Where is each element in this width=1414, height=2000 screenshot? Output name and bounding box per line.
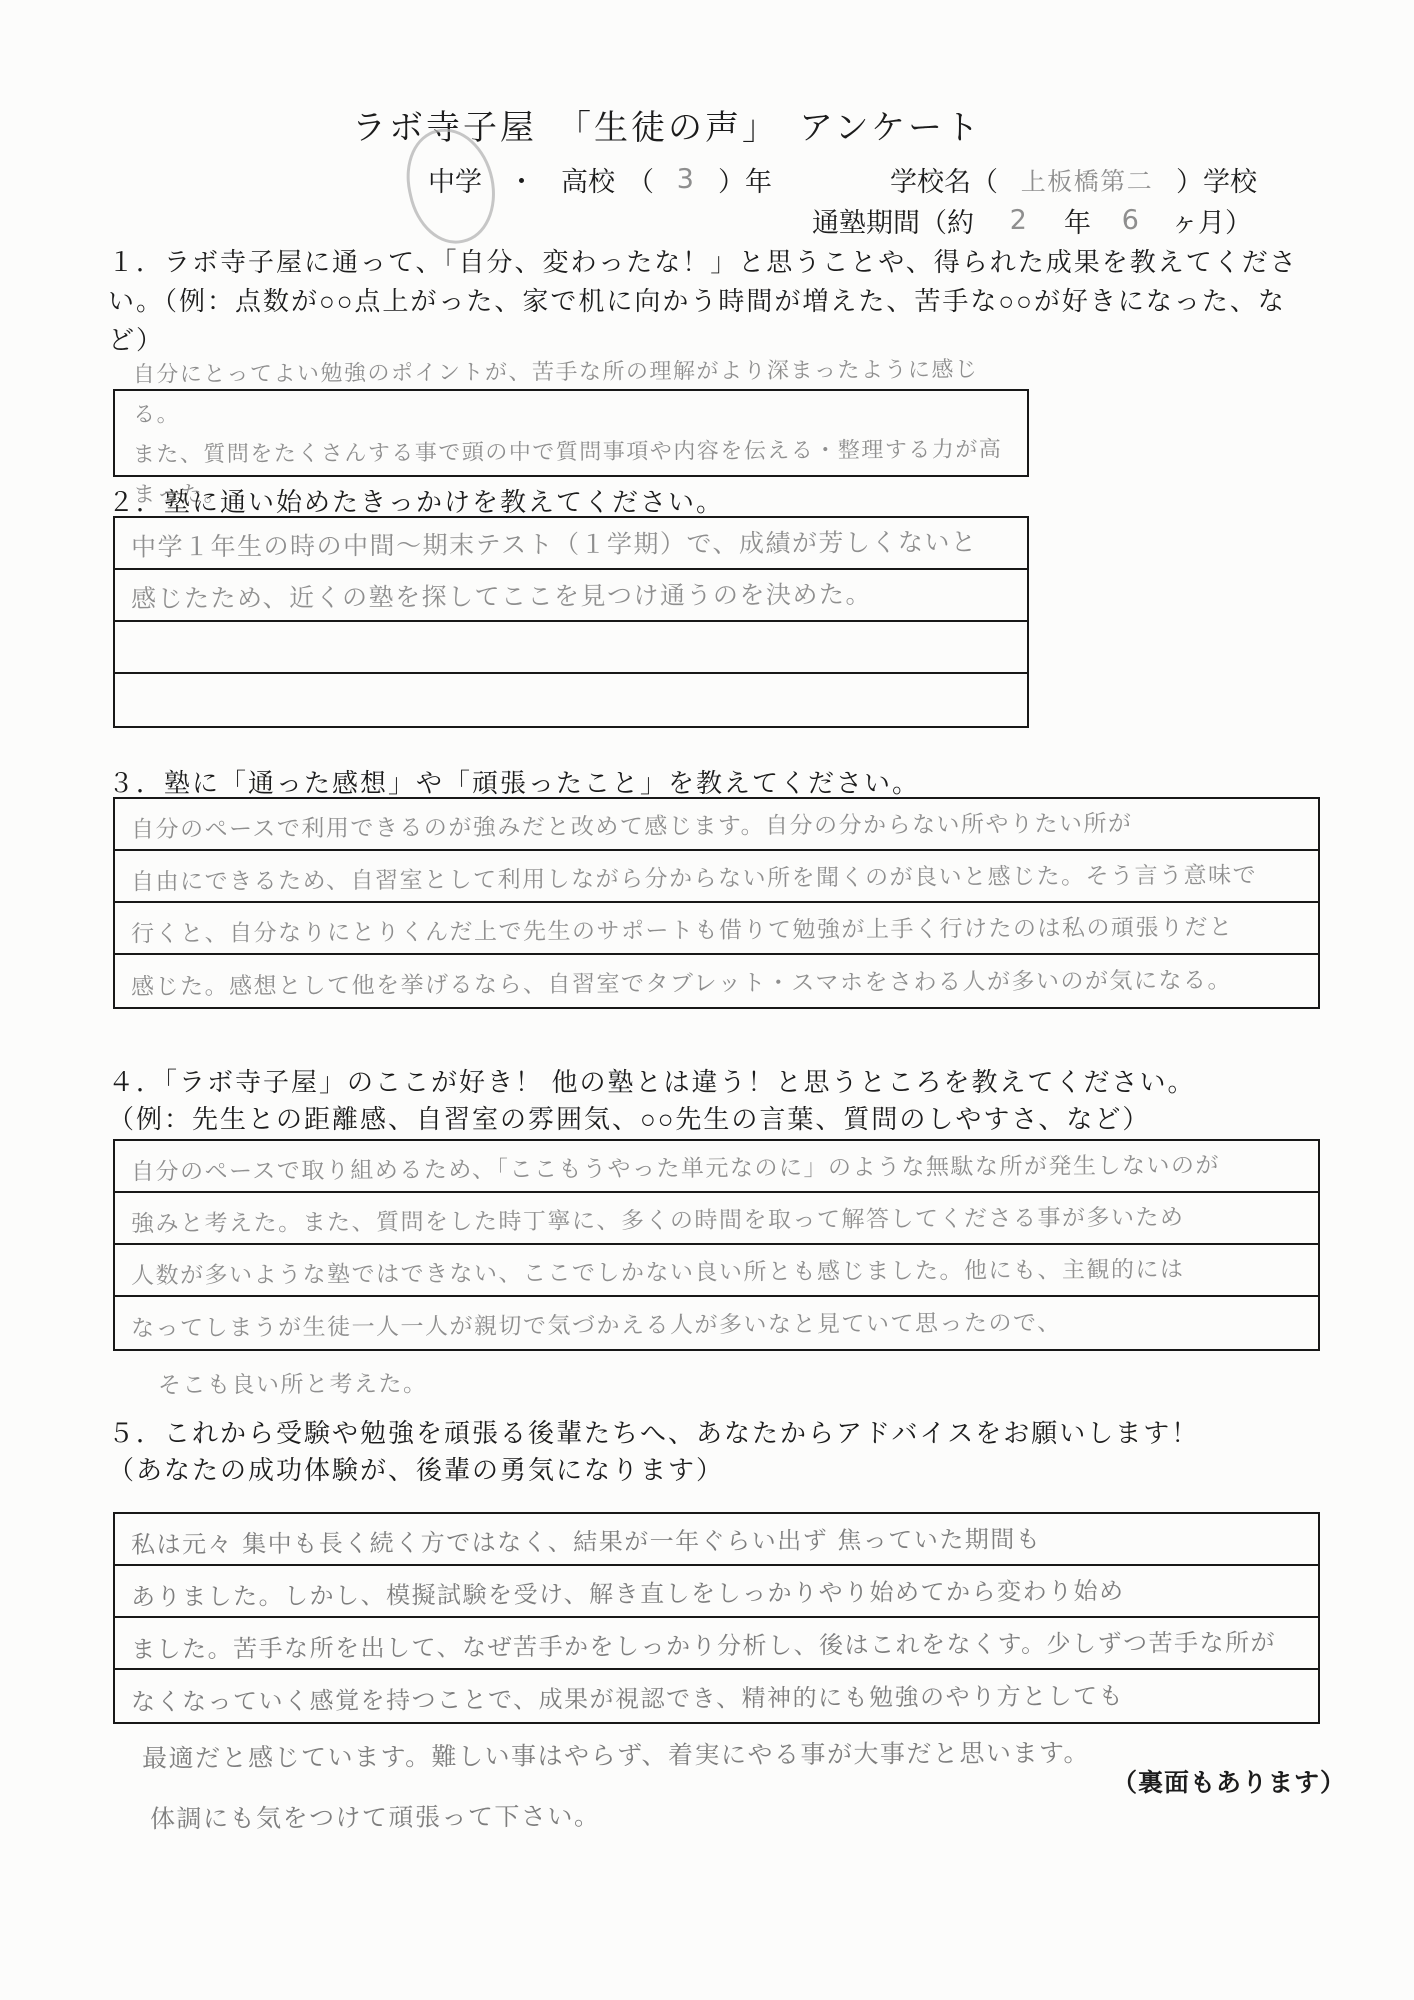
school-name-label: 学校名（ xyxy=(890,160,998,199)
answer-row: 自分のペースで利用できるのが強みだと改めて感じます。自分の分からない所やりたい所… xyxy=(131,804,1133,843)
question-text-line: １．ラボ寺子屋に通って、「自分、変わったな！」と思うことや、得られた成果を教えて… xyxy=(108,243,1333,282)
answer-row: なくなっていく感覚を持つことで、成果が視認でき、精神的にも勉強のやり方としても xyxy=(131,1675,1124,1716)
grade-school-line: 中学 ・ 高校 （ 3 ）年 学校名（ 上板橋第二 ）学校 xyxy=(428,160,1257,199)
period-years-value-handwritten: 2 xyxy=(974,205,1064,237)
answer-row: 強みと考えた。また、質問をした時丁寧に、多くの時間を取って解答してくださる事が多… xyxy=(131,1198,1185,1237)
question-5: ５．これから受験や勉強を頑張る後輩たちへ、あなたからアドバイスをお願いします！ … xyxy=(108,1415,1199,1489)
answer-line: 自分にとってよい勉強のポイントが、苦手な所の理解がより深まったように感じる。 xyxy=(133,350,1009,435)
answer-row: 私は元々 集中も長く続く方ではなく、結果が一年ぐらい出ず 焦っていた期間も xyxy=(131,1519,1041,1560)
page-title: ラボ寺子屋 「生徒の声」 アンケート xyxy=(352,100,982,149)
survey-page: ラボ寺子屋 「生徒の声」 アンケート 中学 ・ 高校 （ 3 ）年 学校名（ 上… xyxy=(0,0,1414,2000)
answer-row: ました。苦手な所を出して、なぜ苦手かをしっかり分析し、後はこれをなくす。少しずつ… xyxy=(131,1622,1276,1664)
answer-row: 中学１年生の時の中間〜期末テスト（１学期）で、成績が芳しくないと xyxy=(131,522,978,563)
answer-row: 自分のペースで取り組めるため、「ここもうやった単元なのに」のような無駄な所が発生… xyxy=(131,1146,1220,1186)
grade-close-paren: ）年 xyxy=(718,160,772,199)
middle-school-label: 中学 xyxy=(428,160,482,199)
question-text-line: ４．「ラボ寺子屋」のここが好き！ 他の塾とは違う！と思うところを教えてください。 xyxy=(108,1064,1196,1101)
period-months-unit: ヶ月） xyxy=(1171,201,1252,240)
school-name-value-handwritten: 上板橋第二 xyxy=(998,161,1176,198)
attendance-period-line: 通塾期間（約 2 年 6 ヶ月） xyxy=(812,201,1252,240)
answer-overflow-line: 最適だと感じています。難しい事はやらず、着実にやる事が大事だと思います。 xyxy=(142,1733,1090,1775)
high-school-label: 高校 xyxy=(561,160,615,199)
question-text-line: ５．これから受験や勉強を頑張る後輩たちへ、あなたからアドバイスをお願いします！ xyxy=(108,1415,1199,1452)
answer-row: 感じたため、近くの塾を探してここを見つけ通うのを決めた。 xyxy=(131,575,872,616)
question-text-line: （例：先生との距離感、自習室の雰囲気、○○先生の言葉、質問のしやすさ、など） xyxy=(108,1101,1196,1138)
answer-row: ありました。しかし、模擬試験を受け、解き直しをしっかりやり始めてから変わり始め xyxy=(131,1570,1125,1611)
answer-row: 感じた。感想として他を挙げるなら、自習室でタブレット・スマホをさわる人が多いのが… xyxy=(131,961,1232,1001)
answer-box-1: 自分にとってよい勉強のポイントが、苦手な所の理解がより深まったように感じる。 ま… xyxy=(113,389,1029,477)
answer-box-3: 自分のペースで利用できるのが強みだと改めて感じます。自分の分からない所やりたい所… xyxy=(113,797,1320,1009)
answer-box-5: 私は元々 集中も長く続く方ではなく、結果が一年ぐらい出ず 焦っていた期間も あり… xyxy=(113,1512,1320,1724)
answer-row: 行くと、自分なりにとりくんだ上で先生のサポートも借りて勉強が上手く行けたのは私の… xyxy=(131,908,1234,948)
answer-box-4: 自分のペースで取り組めるため、「ここもうやった単元なのに」のような無駄な所が発生… xyxy=(113,1139,1320,1351)
period-years-unit: 年 xyxy=(1064,201,1091,240)
question-text-line: （あなたの成功体験が、後輩の勇気になります） xyxy=(108,1452,1199,1489)
question-4: ４．「ラボ寺子屋」のここが好き！ 他の塾とは違う！と思うところを教えてください。… xyxy=(108,1064,1196,1138)
question-text-line: い。（例：点数が○○点上がった、家で机に向かう時間が増えた、苦手な○○が好きにな… xyxy=(108,282,1333,321)
period-label: 通塾期間（約 xyxy=(812,201,974,240)
grade-open-paren: （ xyxy=(627,160,654,199)
answer-overflow-line: 体調にも気をつけて頑張って下さい。 xyxy=(150,1797,601,1836)
answer-overflow-line: そこも良い所と考えた。 xyxy=(158,1365,428,1400)
school-name-suffix: ）学校 xyxy=(1176,160,1257,199)
answer-row: 自由にできるため、自習室として利用しながら分からない所を聞くのが良いと感じた。そ… xyxy=(131,856,1257,896)
period-months-value-handwritten: 6 xyxy=(1091,205,1171,236)
back-side-note: （裏面もあります） xyxy=(1112,1763,1346,1799)
answer-row: 人数が多いような塾ではできない、ここでしかない良い所とも感じました。他にも、主観… xyxy=(131,1250,1185,1289)
answer-box-2: 中学１年生の時の中間〜期末テスト（１学期）で、成績が芳しくないと 感じたため、近… xyxy=(113,516,1029,728)
separator-dot: ・ xyxy=(508,160,535,199)
grade-value-handwritten: 3 xyxy=(654,164,718,195)
answer-row: なってしまうが生徒一人一人が親切で気づかえる人が多いなと見ていて思ったので、 xyxy=(131,1304,1062,1343)
question-1: １．ラボ寺子屋に通って、「自分、変わったな！」と思うことや、得られた成果を教えて… xyxy=(108,243,1333,360)
